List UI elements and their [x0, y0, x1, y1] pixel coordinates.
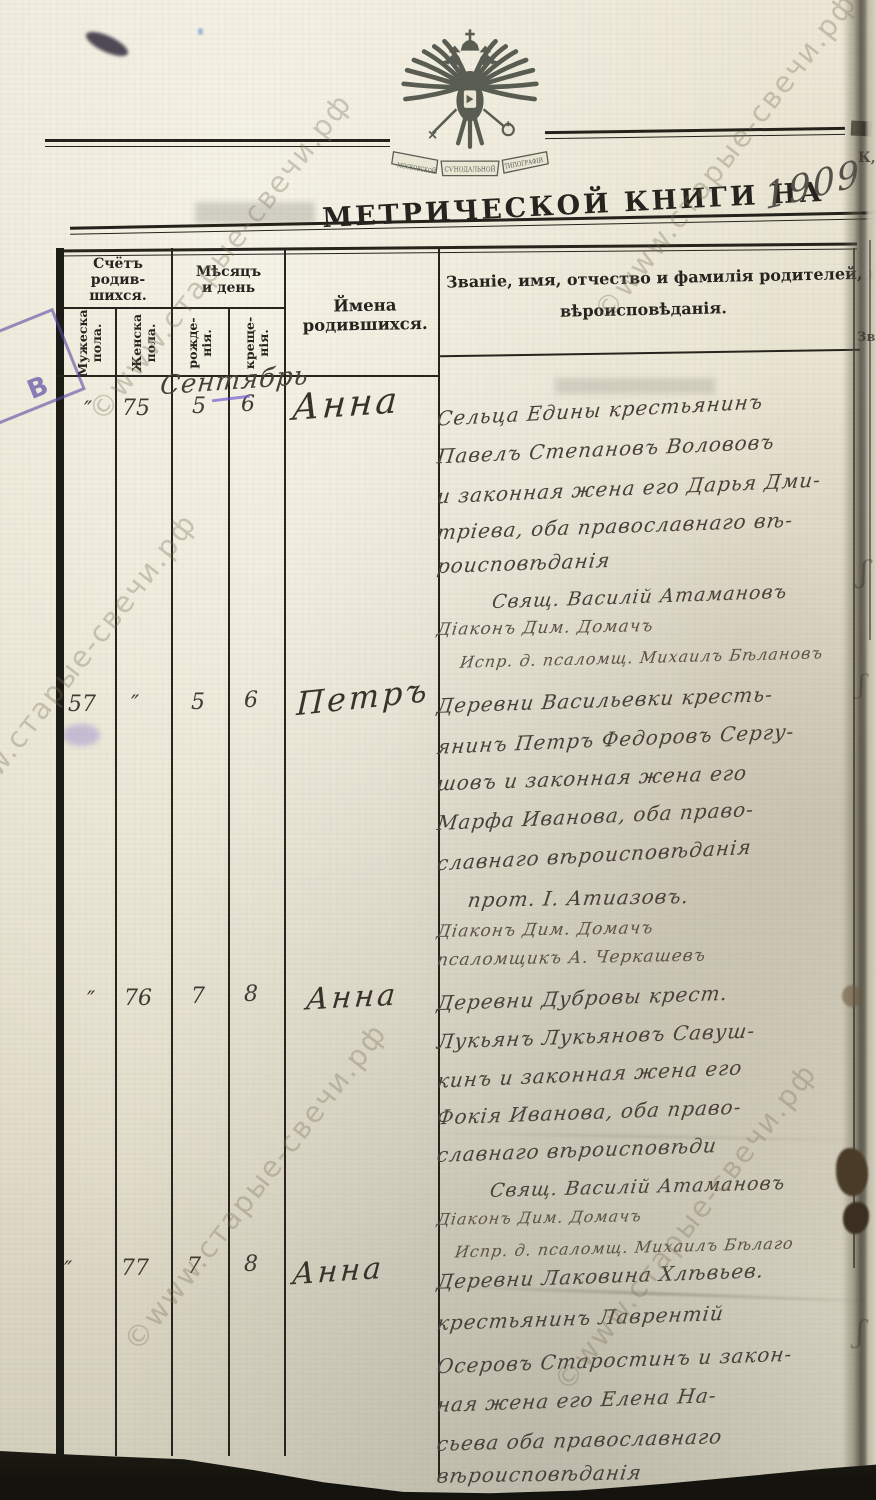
- archive-stamp-letter: В: [23, 371, 53, 406]
- next-page-pen-stroke: ʃ: [856, 1315, 864, 1350]
- next-page-pen-stroke: ʃ: [858, 670, 865, 700]
- header-month-group-line1: Мѣсяцъ: [196, 264, 261, 280]
- entry3-female-count: 76: [124, 986, 152, 1011]
- next-page-rule: [869, 240, 871, 640]
- header-baptism-line1: креще-: [243, 317, 257, 369]
- header-count-group-line1: Счётъ родив-: [64, 256, 172, 288]
- header-month-group: Мѣсяцъ и день: [172, 254, 285, 306]
- next-page-partial-text: Зв: [857, 330, 875, 345]
- col-line-count-month: [171, 248, 173, 1456]
- entry2-birth-day: 5: [191, 690, 205, 715]
- entry4-name: Анна: [291, 1251, 385, 1293]
- entry3-baptism-day: 8: [244, 982, 258, 1007]
- header-count-group-line2: шихся.: [89, 288, 147, 304]
- col-line-male-female: [115, 308, 117, 1456]
- entry4-birth-day: 7: [187, 1254, 201, 1279]
- header-names-col: Ймена родившихся.: [290, 295, 441, 336]
- scanned-page: МОСКОВСКОЙ СѴНОДАЛЬНОЙ ТИПОГРАФІИ МЕТРИЧ…: [0, 0, 876, 1500]
- entry1-male-count: ″: [84, 398, 92, 423]
- entry3-name: Анна: [305, 977, 400, 1017]
- entry2-baptism-day: 6: [244, 688, 258, 713]
- header-female-line2: пола.: [144, 324, 158, 363]
- page-gutter-fold: [842, 0, 876, 1500]
- next-page-partial-text: К,: [858, 150, 876, 166]
- header-month-group-line2: и день: [202, 280, 255, 296]
- entry3-clergy-signature: Діаконъ Дим. Домачъ: [436, 1206, 644, 1229]
- bleedthrough-smudge: [195, 202, 315, 224]
- entry4-female-count: 77: [121, 1256, 149, 1281]
- entry4-male-count: ″: [64, 1258, 72, 1283]
- header-male-line1: Мужеска: [76, 309, 90, 376]
- bleedthrough-smudge-2: [555, 378, 715, 394]
- header-female-col: Женска пола.: [123, 308, 165, 378]
- header-female-line1: Женска: [130, 314, 144, 372]
- paper-damage-spot: [842, 985, 862, 1007]
- header-male-line2: пола.: [90, 324, 104, 363]
- entry2-male-count: 57: [68, 692, 96, 717]
- header-birth-line1: рожде-: [186, 317, 200, 368]
- header-baptism-line2: нія.: [257, 329, 271, 356]
- entry1-name: Анна: [291, 380, 402, 429]
- ribbon-text-center: СѴНОДАЛЬНОЙ: [445, 164, 496, 173]
- entry1-female-count: 75: [122, 396, 150, 421]
- top-rule-left: [45, 139, 390, 147]
- imperial-eagle-icon: МОСКОВСКОЙ СѴНОДАЛЬНОЙ ТИПОГРАФІИ: [385, 26, 555, 196]
- col-line-month-names: [284, 248, 286, 1456]
- violet-smudge: [62, 724, 100, 746]
- entry2-clergy-signature: прот. І. Атиазовъ.: [466, 884, 691, 912]
- header-parents-line2: вѣроисповѣданія.: [560, 298, 727, 320]
- entry1-clergy-signature: Діаконъ Дим. Домачъ: [436, 616, 655, 640]
- paper-damage-spot: [836, 1148, 868, 1196]
- eagle-cross: [465, 29, 474, 40]
- header-birth-line2: нія.: [200, 329, 214, 356]
- entry1-birth-day: 5: [192, 394, 206, 419]
- entry3-male-count: ″: [87, 988, 95, 1013]
- table-left-border: [56, 248, 64, 1463]
- entry2-clergy-signature: Діаконъ Дим. Домачъ: [436, 918, 655, 942]
- blue-speck: [198, 28, 203, 35]
- col-line-birth-baptism: [228, 308, 230, 1456]
- entry3-birth-day: 7: [191, 984, 205, 1009]
- next-page-pen-stroke: ʃ: [860, 555, 868, 590]
- entry4-baptism-day: 8: [244, 1252, 258, 1277]
- entry4-details-line: вѣроисповѣданія: [435, 1460, 643, 1488]
- header-count-group: Счётъ родив- шихся.: [64, 254, 172, 306]
- entry2-female-count: ″: [131, 692, 139, 717]
